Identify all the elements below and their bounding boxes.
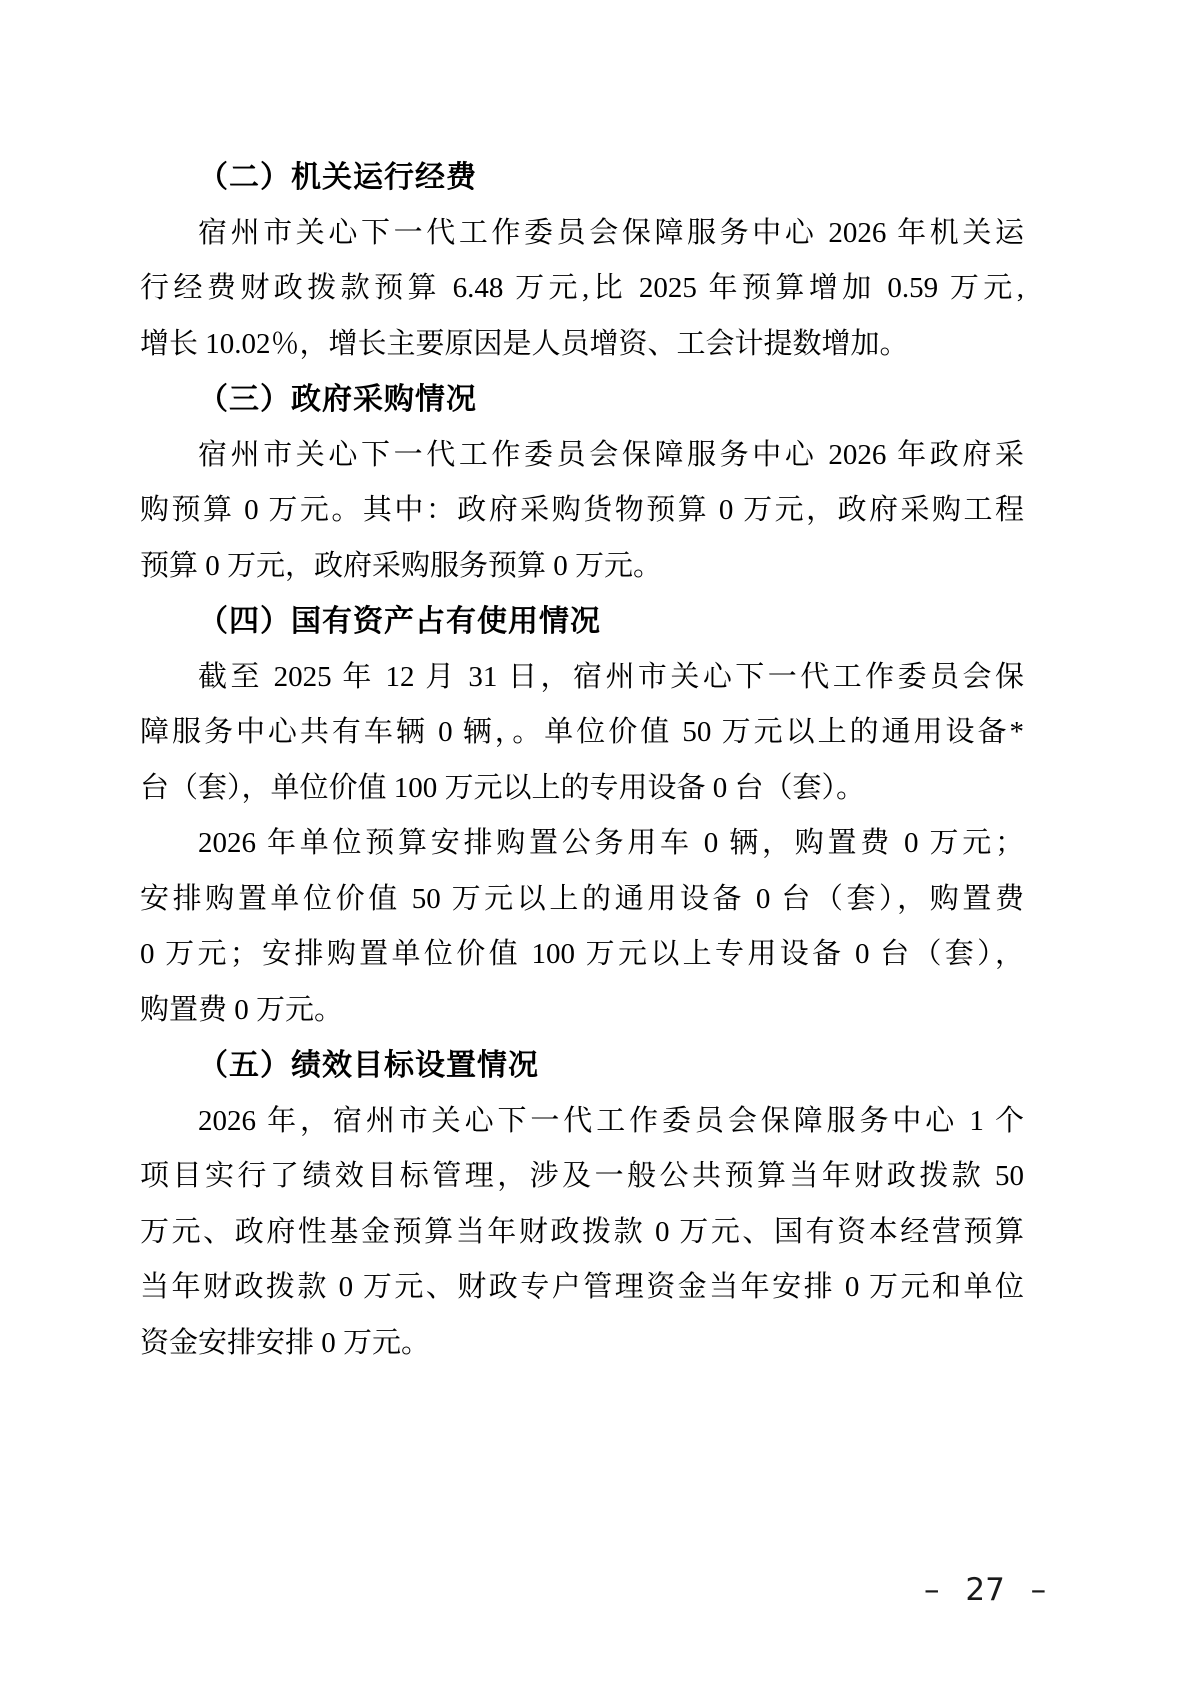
text-line: 障服务中心共有车辆 0 辆，。单位价值 50 万元以上的通用设备* — [140, 705, 1024, 761]
text-line: 行经费财政拨款预算 6.48 万元,比 2025 年预算增加 0.59 万元, — [140, 261, 1024, 317]
text-line: 购预算 0 万元。其中：政府采购货物预算 0 万元，政府采购工程 — [140, 483, 1024, 539]
text-line: 安排购置单位价值 50 万元以上的通用设备 0 台（套），购置费 — [140, 872, 1024, 928]
section-heading-performance-targets: （五）绩效目标设置情况 — [140, 1038, 1024, 1094]
page-number: – 27 – — [924, 1572, 1046, 1608]
text-line: 资金安排安排 0 万元。 — [140, 1316, 1024, 1372]
text-line: 截至 2025 年 12 月 31 日，宿州市关心下一代工作委员会保 — [140, 650, 1024, 706]
text-line: 预算 0 万元，政府采购服务预算 0 万元。 — [140, 539, 1024, 595]
section-heading-state-assets: （四）国有资产占有使用情况 — [140, 594, 1024, 650]
document-body: （二）机关运行经费 宿州市关心下一代工作委员会保障服务中心 2026 年机关运 … — [140, 150, 1024, 1371]
text-line: 宿州市关心下一代工作委员会保障服务中心 2026 年机关运 — [140, 206, 1024, 262]
text-line: 2026 年，宿州市关心下一代工作委员会保障服务中心 1 个 — [140, 1094, 1024, 1150]
text-line: 当年财政拨款 0 万元、财政专户管理资金当年安排 0 万元和单位 — [140, 1260, 1024, 1316]
text-line: 台（套），单位价值 100 万元以上的专用设备 0 台（套）。 — [140, 761, 1024, 817]
section-heading-operating-expenses: （二）机关运行经费 — [140, 150, 1024, 206]
document-page: （二）机关运行经费 宿州市关心下一代工作委员会保障服务中心 2026 年机关运 … — [0, 0, 1190, 1683]
text-line: 购置费 0 万元。 — [140, 983, 1024, 1039]
text-line: 增长 10.02％，增长主要原因是人员增资、工会计提数增加。 — [140, 317, 1024, 373]
text-line: 2026 年单位预算安排购置公务用车 0 辆，购置费 0 万元； — [140, 816, 1024, 872]
text-line: 万元、政府性基金预算当年财政拨款 0 万元、国有资本经营预算 — [140, 1205, 1024, 1261]
text-line: 0 万元；安排购置单位价值 100 万元以上专用设备 0 台（套）， — [140, 927, 1024, 983]
section-heading-government-procurement: （三）政府采购情况 — [140, 372, 1024, 428]
text-line: 宿州市关心下一代工作委员会保障服务中心 2026 年政府采 — [140, 428, 1024, 484]
text-line: 项目实行了绩效目标管理，涉及一般公共预算当年财政拨款 50 — [140, 1149, 1024, 1205]
